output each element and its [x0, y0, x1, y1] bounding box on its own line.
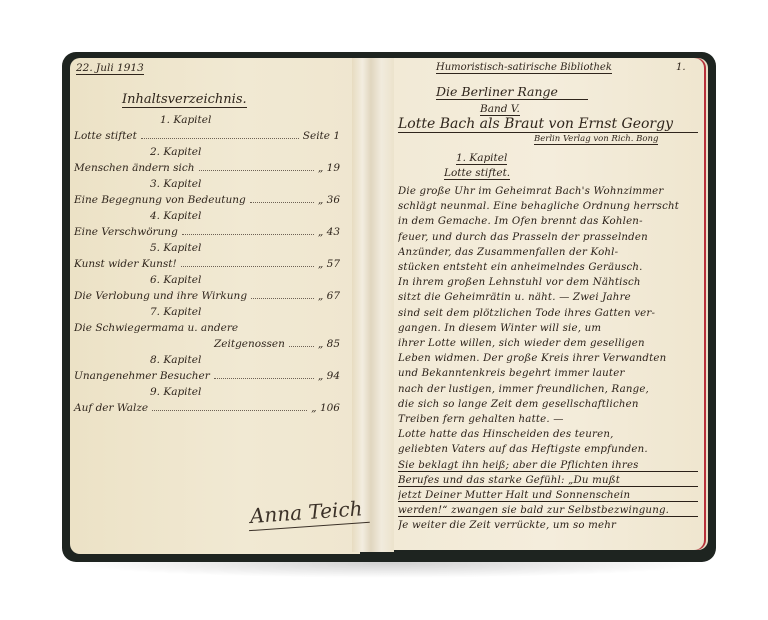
- toc-leader-dots: [182, 234, 314, 235]
- toc-page-number: „ 57: [318, 258, 340, 270]
- page-number: 1.: [676, 62, 686, 73]
- toc-heading: Inhaltsverzeichnis.: [122, 92, 247, 108]
- toc-leader-dots: [152, 410, 307, 411]
- toc-entry: Eine Begegnung von Bedeutung„ 36: [74, 194, 340, 206]
- toc-entry-title: Auf der Walze: [74, 402, 148, 414]
- toc-entry-title: Menschen ändern sich: [74, 162, 195, 174]
- toc-page-number: „ 43: [318, 226, 340, 238]
- manuscript-line: und Bekanntenkreis begehrt immer lauter: [398, 368, 698, 379]
- toc-entry: Die Schwiegermama u. andere: [74, 322, 340, 334]
- toc-leader-dots: [141, 138, 299, 139]
- entry-date: 22. Juli 1913: [76, 62, 144, 75]
- toc-page-number: „ 106: [311, 402, 340, 414]
- toc-entry: Kunst wider Kunst!„ 57: [74, 258, 340, 270]
- toc-entry-title: Lotte stiftet: [74, 130, 137, 142]
- toc-entry-title: Unangenehmer Besucher: [74, 370, 210, 382]
- manuscript-line: schlägt neunmal. Eine behagliche Ordnung…: [398, 201, 698, 212]
- toc-chapter-label: 5. Kapitel: [150, 242, 201, 254]
- manuscript-line: Leben widmen. Der große Kreis ihrer Verw…: [398, 353, 698, 364]
- manuscript-line: Anzünder, das Zusammenfallen der Kohl-: [398, 247, 698, 258]
- toc-page-number: Seite 1: [303, 130, 340, 142]
- toc-entry: Unangenehmer Besucher„ 94: [74, 370, 340, 382]
- toc-leader-dots: [199, 170, 314, 171]
- manuscript-line: die sich so lange Zeit dem gesellschaftl…: [398, 399, 698, 410]
- manuscript-line: Die große Uhr im Geheimrat Bach's Wohnzi…: [398, 186, 698, 197]
- series-title: Humoristisch-satirische Bibliothek: [436, 62, 612, 74]
- toc-leader-dots: [251, 298, 314, 299]
- manuscript-line: nach der lustigen, immer freundlichen, R…: [398, 384, 698, 395]
- toc-page-number: „ 94: [318, 370, 340, 382]
- toc-page-number: „ 85: [318, 338, 340, 350]
- manuscript-line: Treiben fern gehalten hatte. —: [398, 414, 698, 425]
- manuscript-line: feuer, und durch das Prasseln der prasse…: [398, 232, 698, 243]
- toc-leader-dots: [250, 202, 314, 203]
- book-title: Lotte Bach als Braut von Ernst Georgy: [398, 116, 698, 133]
- manuscript-line: stücken entsteht ein anheimelndes Geräus…: [398, 262, 698, 273]
- toc-entry-title: Kunst wider Kunst!: [74, 258, 177, 270]
- manuscript-line: Berufes und das starke Gefühl: „Du mußt: [398, 475, 698, 487]
- toc-chapter-label: 2. Kapitel: [150, 146, 201, 158]
- chapter-label: 1. Kapitel: [456, 152, 507, 165]
- toc-chapter-label: 3. Kapitel: [150, 178, 201, 190]
- toc-entry-title: Eine Begegnung von Bedeutung: [74, 194, 246, 206]
- toc-entry: Die Verlobung und ihre Wirkung„ 67: [74, 290, 340, 302]
- manuscript-line: ihrer Lotte willen, sich wieder dem gese…: [398, 338, 698, 349]
- toc-chapter-label: 8. Kapitel: [150, 354, 201, 366]
- toc-entry: Menschen ändern sich„ 19: [74, 162, 340, 174]
- manuscript-line: sind seit dem plötzlichen Tode ihres Gat…: [398, 308, 698, 319]
- toc-entry: Lotte stiftetSeite 1: [74, 130, 340, 142]
- toc-chapter-label: 9. Kapitel: [150, 386, 201, 398]
- manuscript-line: werden!“ zwangen sie bald zur Selbstbezw…: [398, 505, 698, 517]
- toc-leader-dots: [214, 378, 314, 379]
- manuscript-line: sitzt die Geheimrätin u. näht. — Zwei Ja…: [398, 292, 698, 303]
- toc-page-number: „ 67: [318, 290, 340, 302]
- toc-page-number: „ 19: [318, 162, 340, 174]
- manuscript-line: in dem Gemache. Im Ofen brennt das Kohle…: [398, 216, 698, 227]
- binding-gutter: [352, 58, 394, 552]
- collection-title: Die Berliner Range: [436, 84, 588, 100]
- manuscript-line: Lotte hatte das Hinscheiden des teuren,: [398, 429, 698, 440]
- toc-chapter-label: 6. Kapitel: [150, 274, 201, 286]
- chapter-title: Lotte stiftet.: [444, 167, 510, 180]
- manuscript-line: geliebten Vaters auf das Heftigste empfu…: [398, 444, 698, 455]
- toc-leader-dots: [289, 346, 314, 347]
- toc-entry-title: Eine Verschwörung: [74, 226, 178, 238]
- toc-leader-dots: [181, 266, 314, 267]
- manuscript-line: gangen. In diesem Winter will sie, um: [398, 323, 698, 334]
- toc-entry-title: Die Verlobung und ihre Wirkung: [74, 290, 247, 302]
- toc-chapter-label: 1. Kapitel: [160, 114, 211, 126]
- manuscript-line: Je weiter die Zeit verrückte, um so mehr: [398, 520, 698, 531]
- toc-entry-continued: Zeitgenossen„ 85: [74, 338, 340, 350]
- manuscript-line: In ihrem großen Lehnstuhl vor dem Nähtis…: [398, 277, 698, 288]
- publisher-line: Berlin Verlag von Rich. Bong: [534, 134, 658, 145]
- toc-entry-title: Die Schwiegermama u. andere: [74, 322, 238, 334]
- toc-chapter-label: 7. Kapitel: [150, 306, 201, 318]
- toc-entry: Auf der Walze„ 106: [74, 402, 340, 414]
- toc-page-number: „ 36: [318, 194, 340, 206]
- toc-entry: Eine Verschwörung„ 43: [74, 226, 340, 238]
- volume-label: Band V.: [480, 103, 520, 116]
- manuscript-line: jetzt Deiner Mutter Halt und Sonnenschei…: [398, 490, 698, 502]
- manuscript-line: Sie beklagt ihn heiß; aber die Pflichten…: [398, 460, 698, 472]
- toc-chapter-label: 4. Kapitel: [150, 210, 201, 222]
- toc-entry-title-line2: Zeitgenossen: [214, 338, 285, 350]
